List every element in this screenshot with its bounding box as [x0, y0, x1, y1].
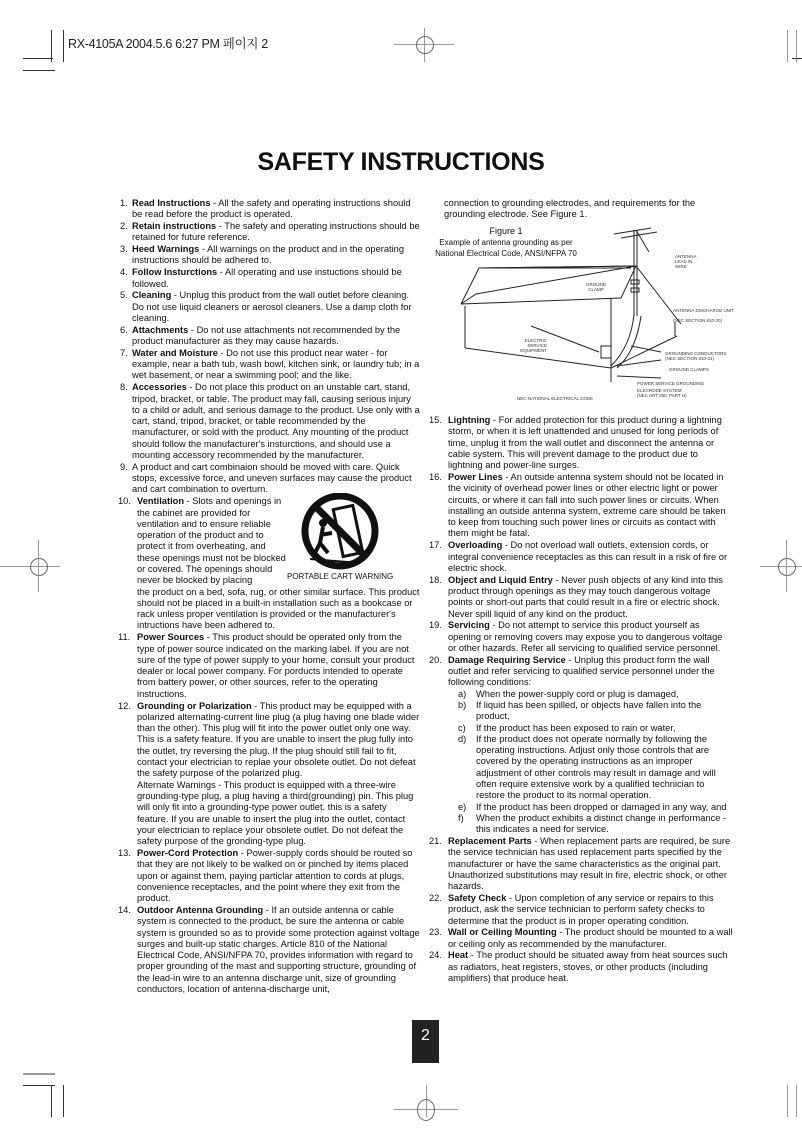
item-heading: Heat: [448, 950, 468, 960]
print-header: RX-4105A 2004.5.6 6:27 PM 페이지 2: [68, 34, 268, 52]
page-number: 2: [412, 1020, 439, 1063]
crop-mark: [796, 1085, 797, 1117]
crop-mark: [23, 58, 53, 59]
label-discharge-section: (NEC SECTION 810-20): [673, 318, 722, 323]
item-text: - If an outside antenna or cable system …: [137, 905, 420, 994]
item-text: - Slots and openings in the cabinet are …: [137, 496, 286, 585]
instruction-item: 4.Follow Insturctions - All operating an…: [120, 267, 420, 290]
item-heading: Power-Cord Protection: [137, 848, 238, 858]
crop-mark: [38, 540, 39, 592]
right-column-top: connection to grounding electrodes, and …: [431, 198, 733, 221]
antenna-grounding-diagram-icon: [431, 226, 736, 406]
registration-mark: [30, 558, 48, 576]
item-number: 1.: [120, 198, 128, 209]
sub-item-letter: a): [458, 689, 466, 700]
item-heading: Overloading: [448, 540, 502, 550]
item-number: 3.: [120, 244, 128, 255]
item-number: 6.: [120, 325, 128, 336]
label-electrode-ref: (NEC ART 250, PART H): [637, 393, 687, 398]
sub-item: c)If the product has been exposed to rai…: [460, 723, 733, 734]
instruction-item: 1.Read Instructions - All the safety and…: [120, 198, 420, 221]
item-heading: Replacement Parts: [448, 836, 532, 846]
sub-item: f)When the product exhibits a distinct c…: [460, 813, 733, 836]
sub-item-text: If the product has been dropped or damag…: [476, 802, 727, 812]
item-heading: Follow Insturctions: [132, 267, 217, 277]
instruction-item: 17.Overloading - Do not overload wall ou…: [431, 540, 733, 574]
label-nec: NEC-NATIONAL ELECTRICAL CODE: [517, 396, 593, 401]
sub-item: e)If the product has been dropped or dam…: [460, 802, 733, 813]
item-number: 17.: [429, 540, 442, 551]
label-power-grounding: POWER SERVICE GROUNDING: [637, 381, 704, 386]
sub-item-text: When the product exhibits a distinct cha…: [476, 813, 726, 834]
instruction-item: 21.Replacement Parts - When replacement …: [431, 836, 733, 892]
sub-item: a)When the power-supply cord or plug is …: [460, 689, 733, 700]
crop-mark: [23, 70, 55, 71]
item-heading: Servicing: [448, 620, 490, 630]
item-text-continued: the product on a bed, sofa, rug, or othe…: [137, 587, 420, 632]
item-number: 21.: [429, 836, 442, 847]
instruction-item: 18.Object and Liquid Entry - Never push …: [431, 575, 733, 620]
item-heading: Wall or Ceiling Mounting: [448, 927, 557, 937]
figure-antenna-grounding: Figure 1 Example of antenna grounding as…: [431, 226, 736, 406]
item-heading: Attachments: [132, 325, 188, 335]
crop-mark: [792, 58, 802, 59]
instruction-item: 24.Heat - The product should be situated…: [431, 950, 733, 984]
instruction-item: 23.Wall or Ceiling Mounting - The produc…: [431, 927, 733, 950]
registration-mark: [417, 1099, 435, 1121]
crop-mark: [787, 30, 788, 62]
item-number: 10.: [118, 496, 131, 507]
item-heading: Power Lines: [448, 472, 503, 482]
instruction-item: 2.Retain instructions - The safety and o…: [120, 221, 420, 244]
item-heading: Power Sources: [137, 632, 204, 642]
item-number: 11.: [118, 632, 130, 643]
instruction-item: 22.Safety Check - Upon completion of any…: [431, 893, 733, 927]
registration-mark: [416, 36, 434, 54]
item-text: - Unplug this product from the wall outl…: [132, 290, 412, 323]
instruction-item: 19.Servicing - Do not attempt to service…: [431, 620, 733, 654]
item-text: A product and cart combinaion should be …: [132, 462, 412, 495]
sub-item-letter: b): [458, 700, 466, 711]
crop-mark: [63, 1085, 64, 1117]
item-heading: Accessories: [132, 382, 187, 392]
item-number: 7.: [120, 348, 128, 359]
item-heading: Outdoor Antenna Grounding: [137, 905, 263, 915]
instruction-item: 7.Water and Moisture - Do not use this p…: [120, 348, 420, 382]
sub-item-letter: f): [458, 813, 464, 824]
item-heading: Ventilation: [137, 496, 184, 506]
registration-mark: [778, 558, 796, 576]
item-heading: Cleaning: [132, 290, 171, 300]
instruction-item: 5.Cleaning - Unplug this product from th…: [120, 290, 420, 324]
page-title: SAFETY INSTRUCTIONS: [0, 148, 802, 177]
item-number: 4.: [120, 267, 128, 278]
item-heading: Grounding or Polarization: [137, 701, 252, 711]
item-heading: Retain instructions: [132, 221, 216, 231]
item-heading: Object and Liquid Entry: [448, 575, 553, 585]
item-number: 20.: [429, 655, 442, 666]
label-ground-clamp: GROUND CLAMP: [581, 282, 611, 292]
item-number: 13.: [118, 848, 131, 859]
right-column: 15.Lightning - For added protection for …: [431, 415, 733, 985]
instruction-item: 13.Power-Cord Protection - Power-supply …: [120, 848, 420, 904]
item-number: 19.: [429, 620, 442, 631]
instruction-item: 3.Heed Warnings - All warnings on the pr…: [120, 244, 420, 267]
item-text: - This product may be equipped with a po…: [137, 701, 419, 779]
item-heading: Damage Requiring Service: [448, 655, 566, 665]
item-number: 23.: [429, 927, 442, 938]
sub-item-letter: d): [458, 734, 466, 745]
label-grounding-section: (NEC SECTION 810-21): [665, 356, 714, 361]
item-number: 14.: [118, 905, 131, 916]
item-heading: Water and Moisture: [132, 348, 218, 358]
sub-item: b)If liquid has been spilled, or objects…: [460, 700, 733, 723]
item-number: 9.: [120, 462, 128, 473]
sub-item-letter: e): [458, 802, 466, 813]
label-electric-service: ELECTRIC SERVICE EQUIPMENT: [515, 338, 547, 353]
item-text: - Do not attempt to service this product…: [448, 620, 722, 653]
label-ground-clamps: GROUND CLAMPS: [669, 367, 709, 372]
sub-item-text: If liquid has been spilled, or objects h…: [476, 700, 701, 721]
item-number: 22.: [429, 893, 442, 904]
item-text: - For added protection for this product …: [448, 415, 722, 470]
crop-mark: [786, 540, 787, 592]
item-number: 12.: [118, 701, 131, 712]
item-heading: Lightning: [448, 415, 490, 425]
item-number: 2.: [120, 221, 128, 232]
sub-item-text: When the power-supply cord or plug is da…: [476, 689, 679, 699]
instruction-item: 16.Power Lines - An outside antenna syst…: [431, 472, 733, 540]
item-heading: Read Instructions: [132, 198, 211, 208]
instruction-item: 9.A product and cart combinaion should b…: [120, 462, 420, 496]
label-antenna-lead: ANTENNA LEAD IN WIRE: [675, 254, 705, 269]
cart-warning-caption: PORTABLE CART WARNING: [287, 572, 393, 581]
instruction-item: 12.Grounding or Polarization - This prod…: [120, 701, 420, 848]
instruction-item: 14.Outdoor Antenna Grounding - If an out…: [120, 905, 420, 995]
crop-mark: [51, 1085, 52, 1117]
item-text: - Do not place this product on an unstab…: [132, 382, 420, 460]
item-heading: Heed Warnings: [132, 244, 199, 254]
instruction-item: 6.Attachments - Do not use attachments n…: [120, 325, 420, 348]
crop-mark: [23, 1073, 55, 1075]
sub-item-text: If the product has been exposed to rain …: [476, 723, 676, 733]
sub-item-letter: c): [458, 723, 466, 734]
crop-mark: [787, 1085, 788, 1117]
instruction-item: 20.Damage Requiring Service - Unplug thi…: [431, 655, 733, 836]
item-number: 15.: [429, 415, 442, 426]
label-discharge-unit: ANTENNA DISCHARGE UNIT: [673, 308, 734, 313]
item-text-continued: Alternate Warnings - This product is equ…: [137, 780, 420, 848]
item-number: 24.: [429, 950, 442, 961]
crop-mark: [63, 30, 64, 62]
item-number: 16.: [429, 472, 442, 483]
sub-item-text: If the product does not operate normally…: [476, 734, 716, 800]
instruction-item: 15.Lightning - For added protection for …: [431, 415, 733, 471]
item-number: 18.: [429, 575, 442, 586]
sub-item: d)If the product does not operate normal…: [460, 734, 733, 802]
item-heading: Safety Check: [448, 893, 506, 903]
item-14-continuation: connection to grounding electrodes, and …: [431, 198, 733, 221]
item-number: 8.: [120, 382, 128, 393]
instruction-item: 11.Power Sources - This product should b…: [120, 632, 420, 700]
left-column: 1.Read Instructions - All the safety and…: [120, 198, 420, 996]
portable-cart-warning-icon: [290, 493, 384, 573]
item-number: 5.: [120, 290, 128, 301]
item-text: - The product should be situated away fr…: [448, 950, 727, 983]
instruction-item: 8.Accessories - Do not place this produc…: [120, 382, 420, 461]
